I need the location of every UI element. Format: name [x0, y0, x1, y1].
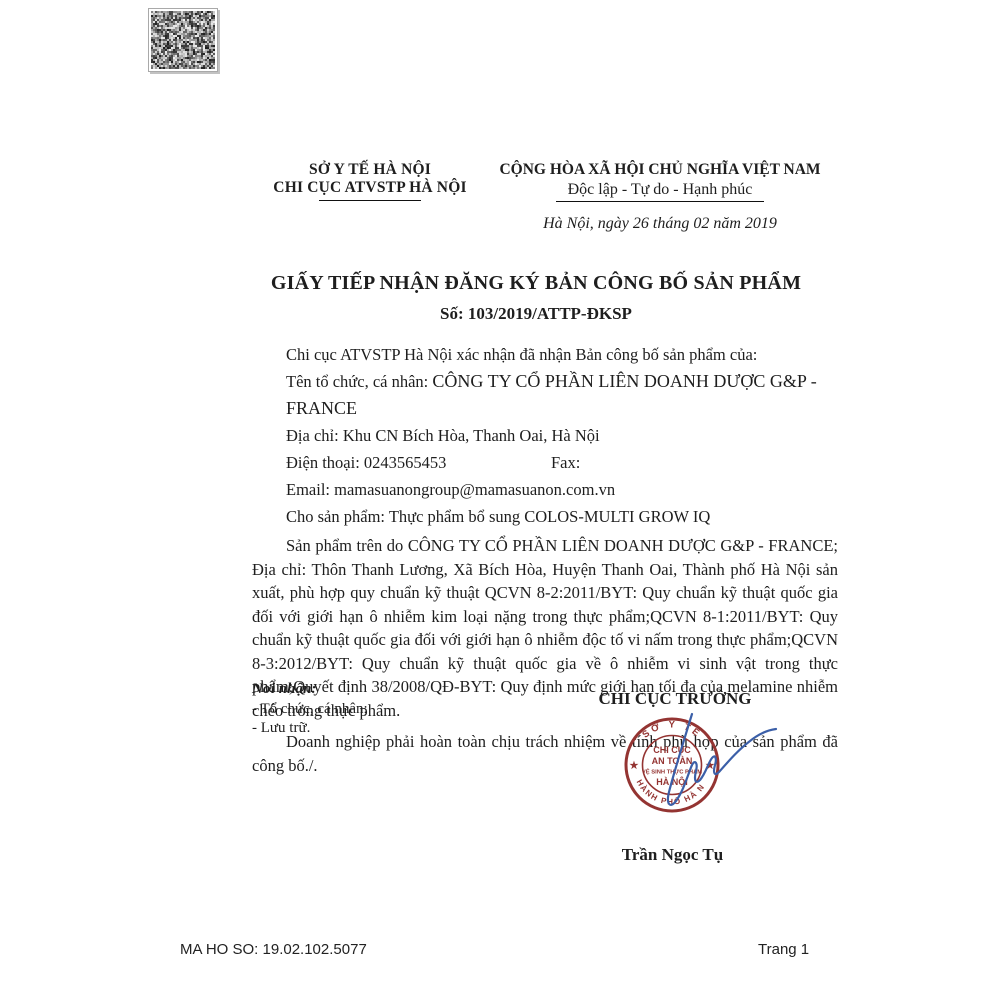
national-motto-line1: CỘNG HÒA XÃ HỘI CHỦ NGHĨA VIỆT NAM	[495, 161, 825, 179]
fax-label: Fax:	[551, 449, 580, 476]
national-motto-line2: Độc lập - Tự do - Hạnh phúc	[556, 180, 765, 202]
email-line: Email: mamasuanongroup@mamasuanon.com.vn	[252, 476, 838, 503]
recipient-item: - Tổ chức, cá nhân;	[252, 700, 368, 720]
intro-line: Chi cục ATVSTP Hà Nội xác nhận đã nhận B…	[252, 341, 838, 368]
stamp-arc-top-text: SỞ Y TẾ	[640, 719, 703, 740]
page-number: Trang 1	[758, 941, 809, 958]
phone-line: Điện thoại: 0243565453Fax:	[252, 449, 838, 476]
national-header: CỘNG HÒA XÃ HỘI CHỦ NGHĨA VIỆT NAM Độc l…	[495, 161, 825, 233]
date-place-line: Hà Nội, ngày 26 tháng 02 năm 2019	[495, 215, 825, 233]
stamp-center-line3: VỆ SINH THỰC PHẨM	[642, 768, 702, 776]
recipients-label: Nơi nhận:	[252, 680, 368, 700]
recipient-item: - Lưu trữ.	[252, 719, 368, 739]
svg-text:SỞ Y TẾ: SỞ Y TẾ	[640, 719, 703, 740]
stamp-center-line1: CHI CỤC	[653, 745, 691, 755]
issuing-agency-header: SỞ Y TẾ HÀ NỘI CHI CỤC ATVSTP HÀ NỘI	[255, 161, 485, 201]
stamp-star-left: ★	[630, 761, 639, 772]
noise-image	[151, 11, 215, 69]
official-stamp-and-signature: SỞ Y TẾ THÀNH PHỐ HÀ NỘI ★ ★ CHI CỤC AN …	[600, 702, 800, 837]
phone-value: Điện thoại: 0243565453	[286, 453, 446, 472]
organization-label: Tên tổ chức, cá nhân:	[286, 372, 432, 391]
address-line: Địa chỉ: Khu CN Bích Hòa, Thanh Oai, Hà …	[252, 422, 838, 449]
agency-parent: SỞ Y TẾ HÀ NỘI	[255, 161, 485, 179]
stamp-center-line2: AN TOÀN	[652, 756, 693, 766]
recipients-block: Nơi nhận: - Tổ chức, cá nhân; - Lưu trữ.	[252, 680, 368, 739]
organization-line: Tên tổ chức, cá nhân: CÔNG TY CỔ PHẦN LI…	[252, 368, 838, 422]
stamp-svg: SỞ Y TẾ THÀNH PHỐ HÀ NỘI ★ ★ CHI CỤC AN …	[600, 702, 800, 837]
file-code: MA HO SO: 19.02.102.5077	[180, 941, 367, 958]
document-title-block: GIẤY TIẾP NHẬN ĐĂNG KÝ BẢN CÔNG BỐ SẢN P…	[186, 272, 886, 324]
scan-barcode-noise	[148, 8, 218, 72]
agency-underline	[319, 200, 421, 201]
document-number: Số: 103/2019/ATTP-ĐKSP	[186, 304, 886, 324]
product-line: Cho sản phẩm: Thực phẩm bổ sung COLOS-MU…	[252, 503, 838, 530]
document-page: SỞ Y TẾ HÀ NỘI CHI CỤC ATVSTP HÀ NỘI CỘN…	[0, 0, 1000, 1000]
agency-name: CHI CỤC ATVSTP HÀ NỘI	[255, 179, 485, 197]
document-title: GIẤY TIẾP NHẬN ĐĂNG KÝ BẢN CÔNG BỐ SẢN P…	[186, 272, 886, 295]
signer-name: Trần Ngọc Tụ	[585, 845, 760, 865]
